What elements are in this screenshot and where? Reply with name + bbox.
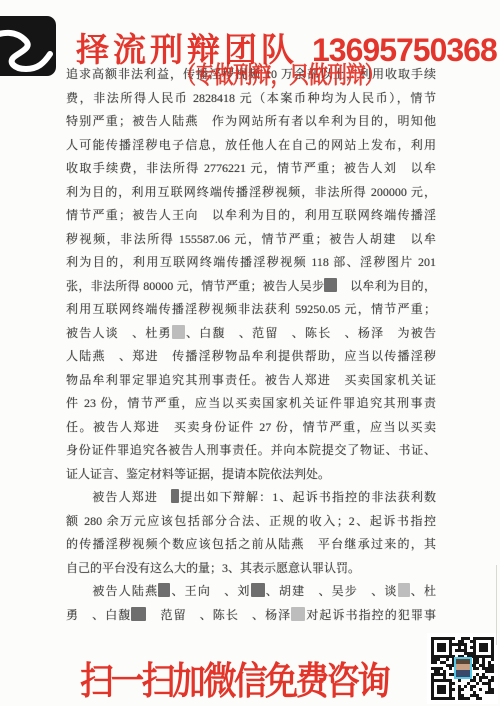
- line-text: 、胡建 、吴步 、谈: [265, 584, 398, 598]
- wechat-qr-code: [427, 633, 498, 704]
- document-line: 证人证言、鉴定材料等证据，提请本院依法判处。: [66, 463, 436, 487]
- line-text: 利为目的，利用互联网终端传播淫秽视频，非法所得 200000 元，: [66, 185, 436, 199]
- document-body: 追求高额非法利益，传播淫秽视频 10 万余部以上，利用收取手续费，非法所得人民币…: [66, 63, 436, 627]
- document-line: 物品牟利罪定罪追究其刑事责任。被告人郑进 买卖国家机关证: [66, 369, 436, 393]
- document-line: 被告人郑进 提出如下辩解：1、起诉书指控的非法获利数: [66, 486, 436, 510]
- document-line: 利用互联网终端传播淫秽视频非法获利 59250.05 元，情节严重；: [66, 298, 436, 322]
- document-line: 的传播淫秽视频个数应该包括之前从陆燕 平台继承过来的，其: [66, 533, 436, 557]
- footer-cta: 扫一扫加微信免费咨询: [80, 650, 388, 705]
- line-text: 、白馥 、范留 、陈长 、杨泽 为被告: [185, 326, 436, 340]
- river-logo-icon: [0, 16, 60, 80]
- scanned-document-page: 追求高额非法利益，传播淫秽视频 10 万余部以上，利用收取手续费，非法所得人民币…: [0, 0, 500, 706]
- redaction-box: [172, 325, 185, 339]
- document-line: 利为目的，利用互联网终端传播淫秽视频 118 部、淫秽图片 201: [66, 251, 436, 275]
- line-text: 证人证言、鉴定材料等证据，提请本院依法判处。: [66, 467, 330, 481]
- document-line: 勇 、白馥 范留 、陈长 、杨泽对起诉书指控的犯罪事: [66, 604, 436, 628]
- document-line: 秽视频，非法所得 155587.06 元，情节严重；被告人胡建 以牟: [66, 228, 436, 252]
- line-text: 被告人谈 、杜勇: [66, 326, 172, 340]
- line-text: 、王向 、刘: [170, 584, 250, 598]
- line-text: 特别严重；被告人陆燕 作为网站所有者以牟利为目的，明知他: [66, 114, 436, 128]
- document-line: 费，非法所得人民币 2828418 元（本案币种均为人民币），情节: [66, 87, 436, 111]
- redaction-box: [131, 607, 146, 621]
- line-text: 利用互联网终端传播淫秽视频非法获利 59250.05 元，情节严重；: [66, 302, 436, 316]
- document-line: 人可能传播淫秽电子信息，放任他人在自己的网站上发布，利用: [66, 134, 436, 158]
- document-line: 身份证件罪追究各被告人刑事责任。并向本院提交了物证、书证、: [66, 439, 436, 463]
- line-text: 人陆燕 、郑进 传播淫秽物品牟利提供帮助，应当以传播淫秽: [66, 349, 436, 363]
- line-text: 对起诉书指控的犯罪事: [305, 608, 436, 622]
- document-line: 件 23 份，情节严重，应当以买卖国家机关证件罪追究其刑事责: [66, 392, 436, 416]
- redaction-box: [324, 278, 337, 292]
- redaction-box: [171, 489, 179, 503]
- line-text: 费，非法所得人民币 2828418 元（本案币种均为人民币），情节: [66, 91, 436, 105]
- line-text: 利为目的，利用互联网终端传播淫秽视频 118 部、淫秽图片 201: [66, 255, 436, 269]
- line-text: 人可能传播淫秽电子信息，放任他人在自己的网站上发布，利用: [66, 138, 436, 152]
- document-line: 被告人陆燕、王向 、刘、胡建 、吴步 、谈、杜: [66, 580, 436, 604]
- line-text: 被告人郑进: [66, 490, 171, 504]
- document-line: 人陆燕 、郑进 传播淫秽物品牟利提供帮助，应当以传播淫秽: [66, 345, 436, 369]
- scan-artifact-line: [496, 565, 497, 645]
- redaction-box: [158, 583, 170, 597]
- redaction-box: [251, 583, 265, 597]
- line-text: 、杜: [410, 584, 436, 598]
- line-text: 范留 、陈长 、杨泽: [146, 608, 291, 622]
- tagline: （专做刑辩，只做刑辩）: [149, 55, 411, 90]
- line-text: 的传播淫秽视频个数应该包括之前从陆燕 平台继承过来的，其: [66, 537, 436, 551]
- line-text: 收取手续费，非法所得 2776221 元，情节严重；被告人刘 以牟: [66, 161, 436, 175]
- line-text: 任。被告人郑进 买卖身份证件 27 份，情节严重，应当以买卖: [66, 420, 436, 434]
- line-text: 提出如下辩解：1、起诉书指控的非法获利数: [179, 490, 436, 504]
- qr-avatar: [454, 657, 472, 679]
- line-text: 额 280 余万元应该包括部分合法、正规的收入；2、起诉书指控: [66, 514, 436, 528]
- document-line: 情节严重；被告人王向 以牟利为目的，利用互联网终端传播淫: [66, 204, 436, 228]
- document-line: 特别严重；被告人陆燕 作为网站所有者以牟利为目的，明知他: [66, 110, 436, 134]
- line-text: 身份证件罪追究各被告人刑事责任。并向本院提交了物证、书证、: [66, 443, 436, 457]
- line-text: 张，非法所得 80000 元，情节严重；被告人吴步: [66, 279, 324, 293]
- line-text: 物品牟利罪定罪追究其刑事责任。被告人郑进 买卖国家机关证: [66, 373, 436, 387]
- document-line: 自己的平台没有这么大的量；3、其表示愿意认罪认罚。: [66, 557, 436, 581]
- document-line: 被告人谈 、杜勇、白馥 、范留 、陈长 、杨泽 为被告: [66, 322, 436, 346]
- line-text: 情节严重；被告人王向 以牟利为目的，利用互联网终端传播淫: [66, 208, 436, 222]
- line-text: 秽视频，非法所得 155587.06 元，情节严重；被告人胡建 以牟: [66, 232, 436, 246]
- document-line: 额 280 余万元应该包括部分合法、正规的收入；2、起诉书指控: [66, 510, 436, 534]
- redaction-box: [291, 607, 305, 621]
- line-text: 被告人陆燕: [66, 584, 158, 598]
- line-text: 自己的平台没有这么大的量；3、其表示愿意认罪认罚。: [66, 561, 360, 575]
- redaction-box: [398, 583, 410, 597]
- document-line: 收取手续费，非法所得 2776221 元，情节严重；被告人刘 以牟: [66, 157, 436, 181]
- document-line: 任。被告人郑进 买卖身份证件 27 份，情节严重，应当以买卖: [66, 416, 436, 440]
- line-text: 勇 、白馥: [66, 608, 131, 622]
- document-line: 利为目的，利用互联网终端传播淫秽视频，非法所得 200000 元，: [66, 181, 436, 205]
- line-text: 件 23 份，情节严重，应当以买卖国家机关证件罪追究其刑事责: [66, 396, 436, 410]
- line-text: 以牟利为目的，: [337, 279, 436, 293]
- document-line: 张，非法所得 80000 元，情节严重；被告人吴步 以牟利为目的，: [66, 275, 436, 299]
